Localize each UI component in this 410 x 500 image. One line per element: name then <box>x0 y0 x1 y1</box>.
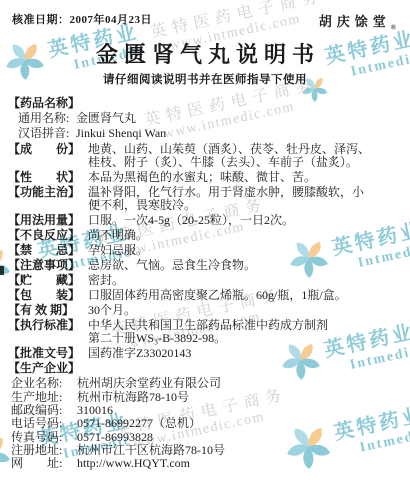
website-row: 网 址: http://www.HQYT.com <box>11 457 398 470</box>
entry-manufacturer: 【生产企业】 <box>8 362 398 375</box>
entry-content: 忌房欲、气恼。忌食生冷食物。 <box>88 259 398 272</box>
phone-row: 电话号码: 0571-86992277（总机） <box>11 417 398 430</box>
entry-storage: 【贮 藏】 密封。 <box>8 274 398 287</box>
entry-content: 口服。一次4-5g（20-25粒），一日2次。 <box>88 214 398 227</box>
entry-shelf-life: 【有 效 期】 30个月。 <box>8 304 398 317</box>
entry-label: 【性 状】 <box>8 171 88 184</box>
entry-approval-number: 【批准文号】 国药准字Z33020143 <box>8 347 398 360</box>
field-generic-name: 通用名称: 金匮肾气丸 <box>8 112 398 125</box>
entry-label: 【药品名称】 <box>8 97 88 110</box>
entry-label: 【功能主治】 <box>8 186 88 212</box>
field-value: 金匮肾气丸 <box>76 112 136 125</box>
field-value: Jinkui Shenqi Wan <box>76 127 166 140</box>
brand-name: 胡庆馀堂 <box>319 14 391 29</box>
entry-dosage: 【用法用量】 口服。一次4-5g（20-25粒），一日2次。 <box>8 214 398 227</box>
postal-code-row: 邮政编码: 310016 <box>11 404 398 417</box>
entry-description: 【性 状】 本品为黑褐色的水蜜丸；味酸、微甘、苦。 <box>8 171 398 184</box>
approval-date: 核准日期：2007年04月23日 <box>12 11 152 27</box>
top-bar: 核准日期：2007年04月23日 胡庆馀堂® <box>0 0 410 32</box>
entry-label: 【用法用量】 <box>8 214 88 227</box>
entry-content: 孕妇忌服。 <box>88 244 398 257</box>
insert-body: 【药品名称】 通用名称: 金匮肾气丸 汉语拼音: Jinkui Shenqi W… <box>0 97 410 471</box>
field-pinyin: 汉语拼音: Jinkui Shenqi Wan <box>8 127 398 140</box>
website-url: http://www.HQYT.com <box>77 457 190 470</box>
entry-label: 【包 装】 <box>8 289 88 302</box>
entry-content: 温补肾阳，化气行水。用于肾虚水肿，腰膝酸软，小便不利，畏寒肢冷。 <box>88 186 398 212</box>
entry-label: 【不良反应】 <box>8 229 88 242</box>
entry-content: 本品为黑褐色的水蜜丸；味酸、微甘、苦。 <box>88 171 398 184</box>
production-address-row: 生产地址: 杭州市杭海路78-10号 <box>11 391 398 404</box>
document-subtitle: 请仔细阅读说明书并在医师指导下使用 <box>0 71 410 87</box>
company-info: 企业名称: 杭州胡庆余堂药业有限公司 生产地址: 杭州市杭海路78-10号 邮政… <box>8 377 398 470</box>
scan-artifact <box>0 266 4 275</box>
entry-label: 【批准文号】 <box>8 347 88 360</box>
field-key: 通用名称: <box>18 112 76 125</box>
entry-label: 【执行标准】 <box>8 319 88 345</box>
drug-insert-page: 核准日期：2007年04月23日 胡庆馀堂® 金匮肾气丸说明书 请仔细阅读说明书… <box>0 0 410 500</box>
entry-label: 【禁 忌】 <box>8 244 88 257</box>
entry-content: 中华人民共和国卫生部药品标准中药成方制剂第二十册WS₃-B-3892-98。 <box>88 319 398 345</box>
fax-row: 传真号码: 0571-86993828 <box>11 431 398 444</box>
field-key: 汉语拼音: <box>18 127 76 140</box>
entry-label: 【成 份】 <box>8 143 88 169</box>
company-name-row: 企业名称: 杭州胡庆余堂药业有限公司 <box>11 377 398 390</box>
document-title: 金匮肾气丸说明书 <box>0 38 410 69</box>
entry-label: 【贮 藏】 <box>8 274 88 287</box>
registered-trademark-mark: ® <box>391 24 396 32</box>
entry-contraindications: 【禁 忌】 孕妇忌服。 <box>8 244 398 257</box>
entry-adverse-reactions: 【不良反应】 尚不明确。 <box>8 229 398 242</box>
entry-content: 尚不明确。 <box>88 229 398 242</box>
entry-drug-name: 【药品名称】 <box>8 97 398 110</box>
entry-standard: 【执行标准】 中华人民共和国卫生部药品标准中药成方制剂第二十册WS₃-B-389… <box>8 319 398 345</box>
entry-label: 【注意事项】 <box>8 259 88 272</box>
entry-content: 地黄、山药、山茱萸（酒炙）、茯苓、牡丹皮、泽泻、桂枝、附子（炙）、牛膝（去头）、… <box>88 143 398 169</box>
entry-content: 30个月。 <box>88 304 398 317</box>
entry-content: 口服固体药用高密度聚乙烯瓶。60g/瓶，1瓶/盒。 <box>88 289 398 302</box>
entry-label: 【生产企业】 <box>8 362 88 375</box>
brand-wordmark: 胡庆馀堂® <box>319 11 396 32</box>
entry-content: 密封。 <box>88 274 398 287</box>
entry-content: 国药准字Z33020143 <box>88 347 398 360</box>
entry-precautions: 【注意事项】 忌房欲、气恼。忌食生冷食物。 <box>8 259 398 272</box>
insert-content: 核准日期：2007年04月23日 胡庆馀堂® 金匮肾气丸说明书 请仔细阅读说明书… <box>0 0 410 470</box>
entry-ingredients: 【成 份】 地黄、山药、山茱萸（酒炙）、茯苓、牡丹皮、泽泻、桂枝、附子（炙）、牛… <box>8 143 398 169</box>
registered-address-row: 注册地址: 杭州市江干区杭海路78-10号 <box>11 444 398 457</box>
entry-label: 【有 效 期】 <box>8 304 88 317</box>
entry-packaging: 【包 装】 口服固体药用高密度聚乙烯瓶。60g/瓶，1瓶/盒。 <box>8 289 398 302</box>
entry-functions: 【功能主治】 温补肾阳，化气行水。用于肾虚水肿，腰膝酸软，小便不利，畏寒肢冷。 <box>8 186 398 212</box>
